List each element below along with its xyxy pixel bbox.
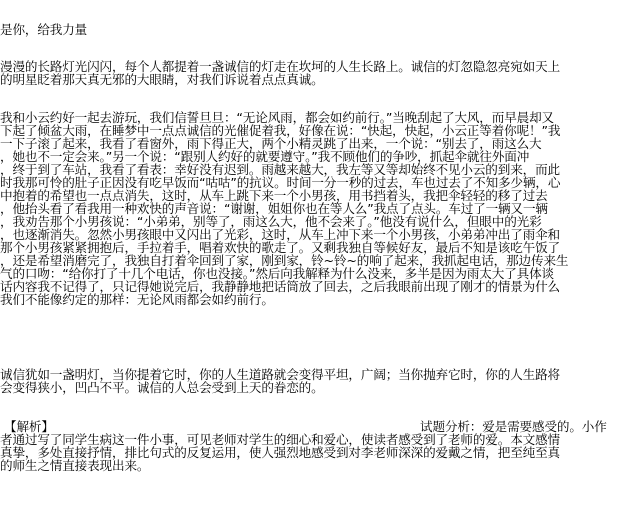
analysis-line: 的师生之情直接表现出来。 bbox=[0, 459, 149, 472]
paragraph-line: 会变得狭小，凹凸不平。诚信的人总会受到上天的眷恋的。 bbox=[0, 381, 324, 394]
document-title: 是你，给我力量 bbox=[0, 23, 87, 36]
paragraph-line: 我们不能像约定的那样：无论风雨都会如约前行。 bbox=[0, 293, 274, 306]
paragraph-line: 的明星眨着那天真无邪的大眼睛，对我们诉说着点点真诚。 bbox=[0, 73, 324, 86]
